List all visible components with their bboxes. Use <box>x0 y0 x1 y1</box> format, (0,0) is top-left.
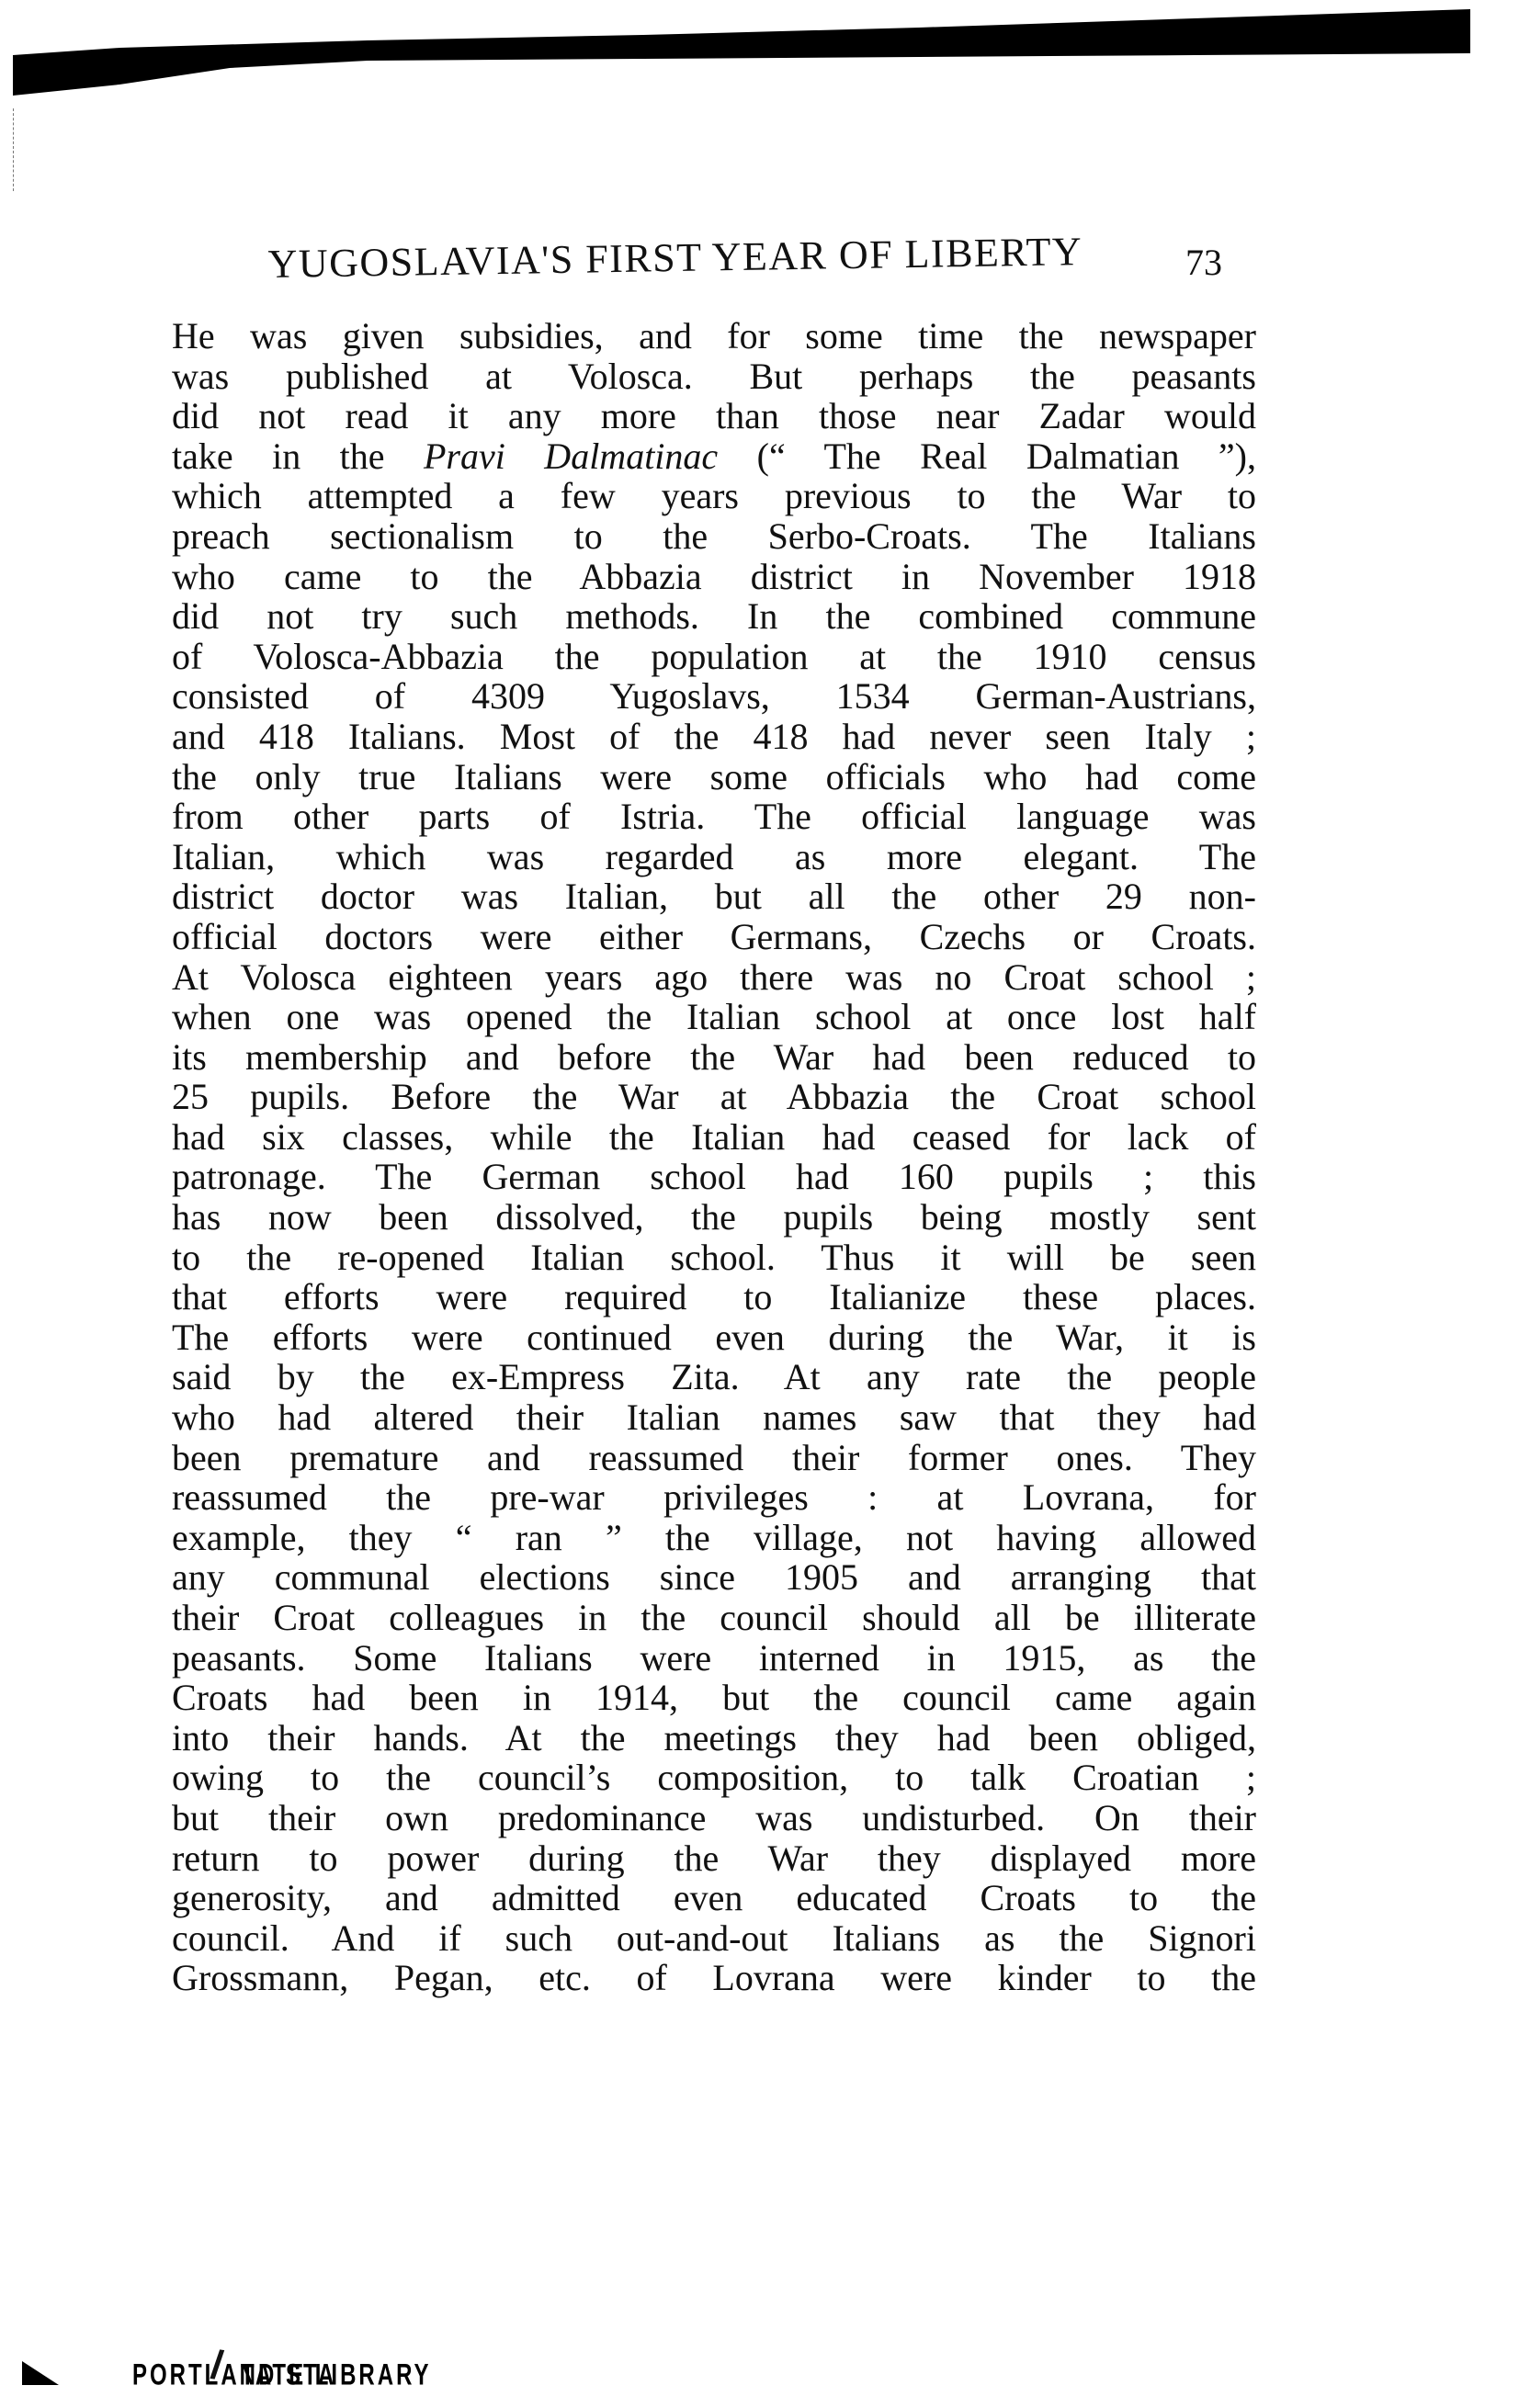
text-line: return to power during the War they disp… <box>172 1838 1256 1879</box>
text-line: their Croat colleagues in the council sh… <box>172 1598 1256 1638</box>
library-stamp: PORTLAND STA / TATE LIBRARY <box>0 2334 1519 2408</box>
text-line: had six classes, while the Italian had c… <box>172 1117 1256 1158</box>
text-line: has now been dissolved, the pupils being… <box>172 1197 1256 1238</box>
text-line: At Volosca eighteen years ago there was … <box>172 957 1256 998</box>
text-line: 25 pupils. Before the War at Abbazia the… <box>172 1077 1256 1117</box>
text-line: did not read it any more than those near… <box>172 396 1256 436</box>
text-line: when one was opened the Italian school a… <box>172 997 1256 1037</box>
italic-title: Pravi Dalmatinac <box>424 435 718 477</box>
text-line: the only true Italians were some officia… <box>172 757 1256 797</box>
text-line: example, they “ ran ” the village, not h… <box>172 1518 1256 1558</box>
text-line: was published at Volosca. But perhaps th… <box>172 356 1256 397</box>
page-number: 73 <box>1185 241 1222 284</box>
running-title: YUGOSLAVIA'S FIRST YEAR OF LIBERTY <box>267 228 1083 288</box>
text-line: council. And if such out-and-out Italian… <box>172 1918 1256 1959</box>
text-line: but their own predominance was undisturb… <box>172 1798 1256 1838</box>
text-line: take in the Pravi Dalmatinac (“ The Real… <box>172 436 1256 477</box>
text-line: official doctors were either Germans, Cz… <box>172 917 1256 957</box>
text-line: any communal elections since 1905 and ar… <box>172 1557 1256 1598</box>
text-line: generosity, and admitted even educated C… <box>172 1878 1256 1918</box>
text-line: Italian, which was regarded as more eleg… <box>172 837 1256 877</box>
running-head: YUGOSLAVIA'S FIRST YEAR OF LIBERTY 73 <box>0 241 1519 296</box>
text-line: to the re-opened Italian school. Thus it… <box>172 1238 1256 1278</box>
text-line: who had altered their Italian names saw … <box>172 1397 1256 1438</box>
text-line: been premature and reassumed their forme… <box>172 1438 1256 1478</box>
text-line: patronage. The German school had 160 pup… <box>172 1157 1256 1197</box>
text-line: into their hands. At the meetings they h… <box>172 1718 1256 1758</box>
scan-edge-top <box>0 0 1519 119</box>
text-line: Grossmann, Pegan, etc. of Lovrana were k… <box>172 1958 1256 1998</box>
text-line: peasants. Some Italians were interned in… <box>172 1638 1256 1679</box>
text-line: who came to the Abbazia district in Nove… <box>172 557 1256 597</box>
scan-shadow-icon <box>0 0 1519 119</box>
scan-corner-icon <box>22 2359 59 2387</box>
text-line: The efforts were continued even during t… <box>172 1317 1256 1358</box>
text-line: He was given subsidies, and for some tim… <box>172 316 1256 356</box>
text-line: which attempted a few years previous to … <box>172 476 1256 516</box>
text-line: of Volosca-Abbazia the population at the… <box>172 637 1256 677</box>
text-line: district doctor was Italian, but all the… <box>172 876 1256 917</box>
text-line: consisted of 4309 Yugoslavs, 1534 German… <box>172 676 1256 717</box>
text-line: Croats had been in 1914, but the council… <box>172 1678 1256 1718</box>
stamp-text-right: TATE LIBRARY <box>241 2358 432 2393</box>
text-line: from other parts of Istria. The official… <box>172 797 1256 837</box>
text-line: owing to the council’s composition, to t… <box>172 1758 1256 1798</box>
body-paragraph: He was given subsidies, and for some tim… <box>172 316 1256 1998</box>
text-line: reassumed the pre-war privileges : at Lo… <box>172 1477 1256 1518</box>
text-line: did not try such methods. In the combine… <box>172 596 1256 637</box>
text-line: said by the ex-Empress Zita. At any rate… <box>172 1357 1256 1397</box>
text-line: preach sectionalism to the Serbo-Croats.… <box>172 516 1256 557</box>
scan-margin-marks <box>13 108 16 191</box>
text-line: that efforts were required to Italianize… <box>172 1277 1256 1317</box>
text-line: and 418 Italians. Most of the 418 had ne… <box>172 717 1256 757</box>
text-line: its membership and before the War had be… <box>172 1037 1256 1078</box>
